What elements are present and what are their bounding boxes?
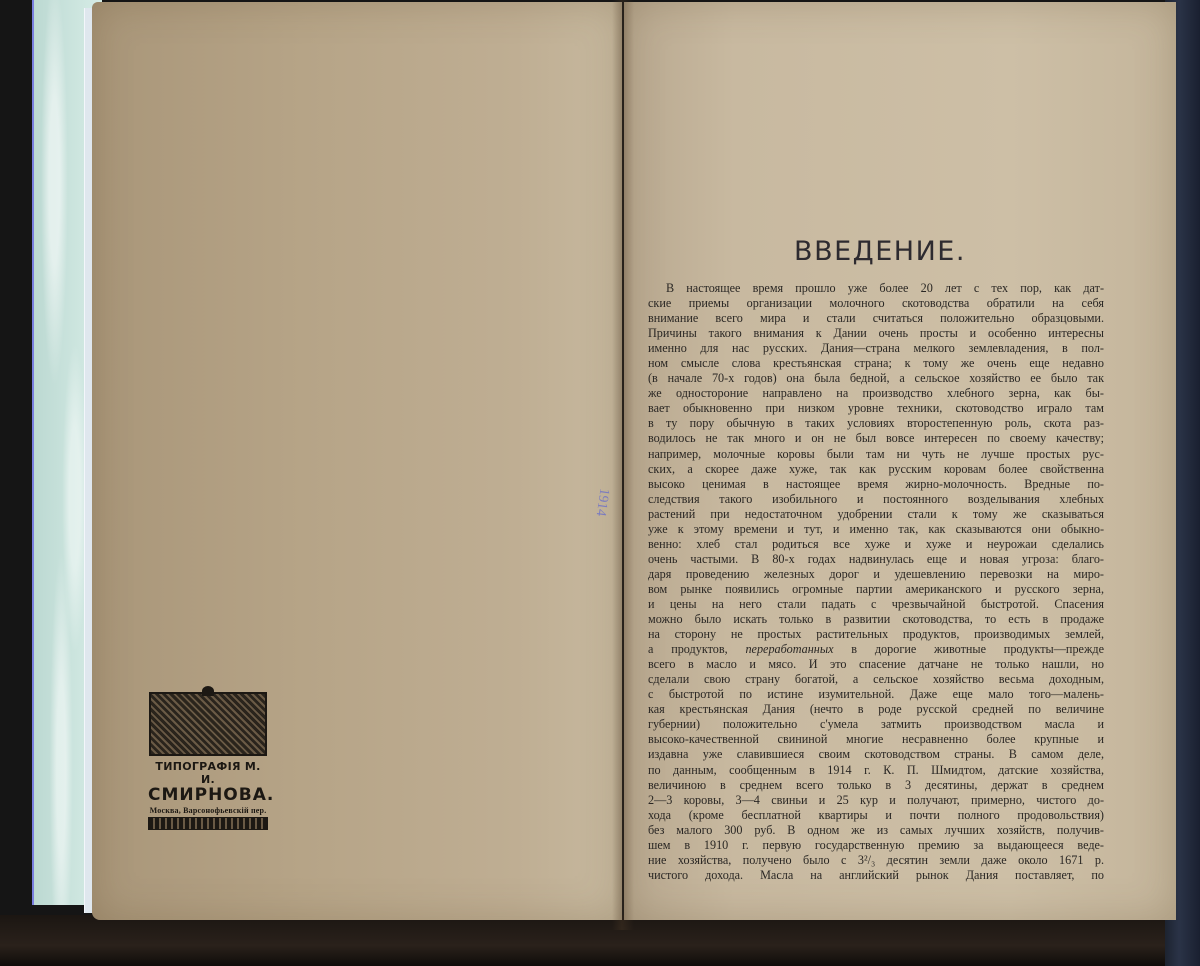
text-line: уже к этому времени и тут, и именно так,… [648,522,1104,537]
text-line: сделали свою страну богатой, а сельское … [648,672,1104,687]
emphasized-word: переработанных [745,642,833,656]
text-line: а продуктов, переработанных в дорогие жи… [648,642,1104,657]
printer-imprint-stamp: ТИПОГРАФІЯ М. И. СМИРНОВА. Москва, Варсо… [148,692,268,830]
text-line: ские приемы организации молочного скотов… [648,296,1104,311]
text-line: венно: хлеб стал родиться все хуже и хуж… [648,537,1104,552]
text-line: шем в 1910 г. первую государственную пре… [648,838,1104,853]
imprint-ornament-icon [149,692,267,756]
text-line: ние хозяйства, получено было с 3²/₃ деся… [648,853,1104,868]
book-cover-bottom-edge [0,915,1200,966]
text-line: издавна уже славившиеся своим скотоводст… [648,747,1104,762]
book-gutter [612,0,634,930]
imprint-line-2: СМИРНОВА. [148,786,268,804]
text-line: вом рынке появились огромные партии амер… [648,582,1104,597]
text-line: высоко-качественной свининой многие неср… [648,732,1104,747]
text-line: даря проведению железных дорог и удешевл… [648,567,1104,582]
text-line: ном смысле слова крестьянская страна; к … [648,356,1104,371]
imprint-line-3: Москва, Варсонофьевскій пер. [148,806,268,815]
text-line: по данным, сообщенным в 1914 г. К. П. Шм… [648,763,1104,778]
text-line: растений при недостаточном удобрении ста… [648,507,1104,522]
text-line: в ту пору обычную в таких условиях второ… [648,416,1104,431]
text-line: вает обыкновенно при низком уровне техни… [648,401,1104,416]
imprint-border-ornament-icon [148,817,268,830]
text-line: внимание всего мира и стали считаться по… [648,311,1104,326]
text-line: высоко ценимая в настоящее время жирно-м… [648,477,1104,492]
chapter-title: ВВЕДЕНИЕ. [700,236,1060,267]
text-line: чистого дохода. Масла на английский рыно… [648,868,1104,883]
text-line: хода (кроме бесплатной квартиры и почти … [648,808,1104,823]
text-line: (в начале 70-х годов) она была бедной, а… [648,371,1104,386]
text-line: например, молочные коровы были там ни чу… [648,447,1104,462]
text-line: В настоящее время прошло уже более 20 ле… [648,281,1104,296]
text-line: следствия такого изобильного и постоянно… [648,492,1104,507]
text-line: же одностороние направлено на производст… [648,386,1104,401]
text-line: на сторону не простых растительных проду… [648,627,1104,642]
text-line: всего в масло и мясо. И это спасение дат… [648,657,1104,672]
text-line: ских, а скорее даже хуже, так как русски… [648,462,1104,477]
text-line: очень частыми. В 80-х годах надвинулась … [648,552,1104,567]
body-text: В настоящее время прошло уже более 20 ле… [648,281,1104,883]
text-line: губернии) положительно с'умела затмить п… [648,717,1104,732]
text-line: именно для нас русских. Дания—страна мел… [648,341,1104,356]
text-line: Причины такого внимания к Дании очень пр… [648,326,1104,341]
text-line: с быстротой по истине изумительной. Даже… [648,687,1104,702]
text-line: и цены на него стали падать с чрезвычайн… [648,597,1104,612]
text-line: без малого 300 руб. В одном же из самых … [648,823,1104,838]
text-line: можно было искать только в развитии скот… [648,612,1104,627]
imprint-line-1: ТИПОГРАФІЯ М. И. [148,760,268,786]
text-line: водилось не так много и он не был вовсе … [648,431,1104,446]
text-line: величиною в среднем всего только в 3 дес… [648,778,1104,793]
text-line: 2—3 коровы, 3—4 свиньи и 25 кур и получа… [648,793,1104,808]
text-line: кая крестьянская Дания (нечто в роде рус… [648,702,1104,717]
